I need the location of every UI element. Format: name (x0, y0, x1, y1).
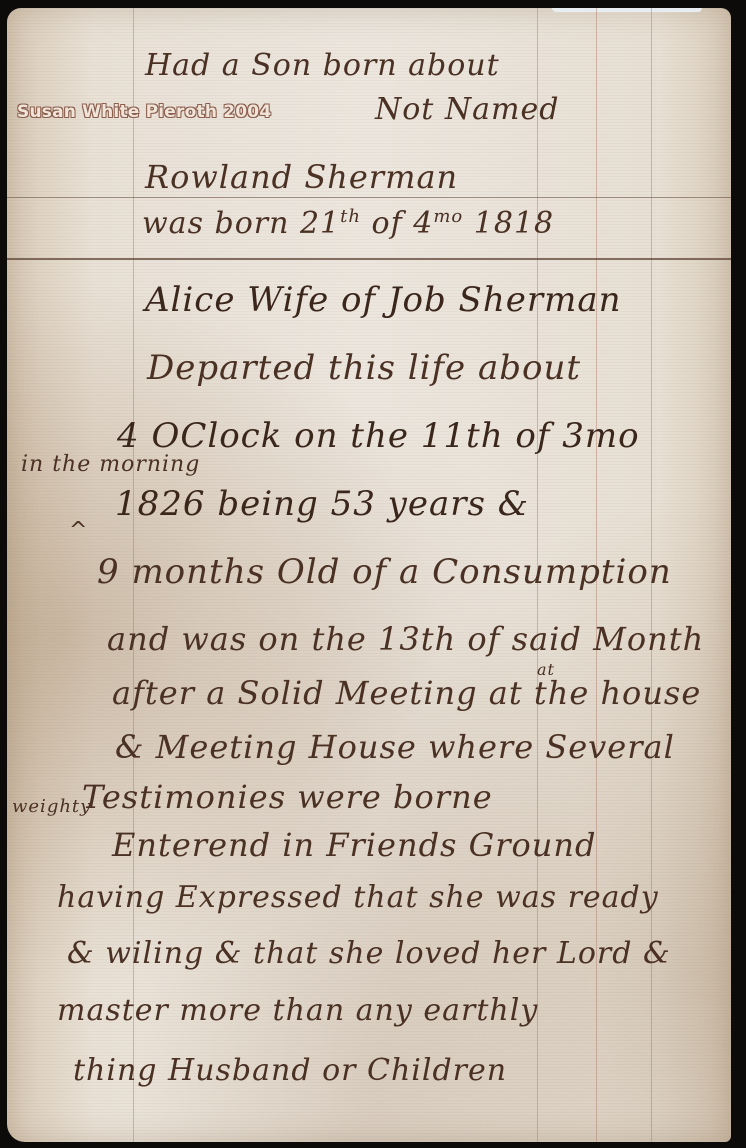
scan-edge-highlight (552, 8, 702, 12)
entry-rowland-name: Rowland Sherman (145, 158, 458, 196)
entry-alice-line-13: master more than any earthly (57, 993, 538, 1028)
separator-rule-1 (7, 197, 731, 198)
entry-alice-line-9: Testimonies were borne (82, 778, 493, 816)
entry-alice-line-12: & wiling & that she loved her Lord & (67, 936, 671, 971)
entry-alice-line-11: having Expressed that she was ready (57, 880, 659, 915)
born-year: 1818 (474, 206, 554, 241)
entry-alice-line-7: after a Solid Meeting at the house (112, 674, 701, 712)
document-page: Had a Son born about Not Named Rowland S… (7, 8, 731, 1142)
copyright-watermark: Susan White Pieroth 2004 (17, 102, 271, 122)
entry-alice-line-6: and was on the 13th of said Month (107, 620, 704, 658)
entry-alice-line-10: Enterend in Friends Ground (112, 826, 596, 864)
entry-alice-line-4: 1826 being 53 years & (115, 484, 529, 524)
margin-insertion-weighty: weighty (12, 796, 91, 817)
entry-rowland-birth: was born 21th of 4mo 1818 (142, 206, 554, 241)
entry-alice-line-2: Departed this life about (147, 348, 581, 388)
entry-alice-line-3: 4 OClock on the 11th of 3mo (117, 416, 640, 456)
entry-alice-line-14: thing Husband or Children (73, 1053, 507, 1088)
born-of: of 4 (372, 206, 434, 241)
born-prefix: was born 21 (142, 206, 340, 241)
entry-son-line-1: Had a Son born about (145, 48, 500, 83)
insertion-caret: ^ (69, 518, 87, 543)
entry-alice-line-8: & Meeting House where Several (115, 728, 675, 766)
entry-son-line-2: Not Named (375, 92, 559, 127)
margin-insertion-morning: in the morning (21, 452, 200, 477)
entry-alice-line-1: Alice Wife of Job Sherman (145, 280, 622, 320)
born-day-suffix: th (340, 206, 361, 227)
separator-rule-2 (7, 258, 731, 260)
born-month-suffix: mo (433, 206, 463, 227)
entry-alice-line-5: 9 months Old of a Consumption (97, 552, 672, 592)
